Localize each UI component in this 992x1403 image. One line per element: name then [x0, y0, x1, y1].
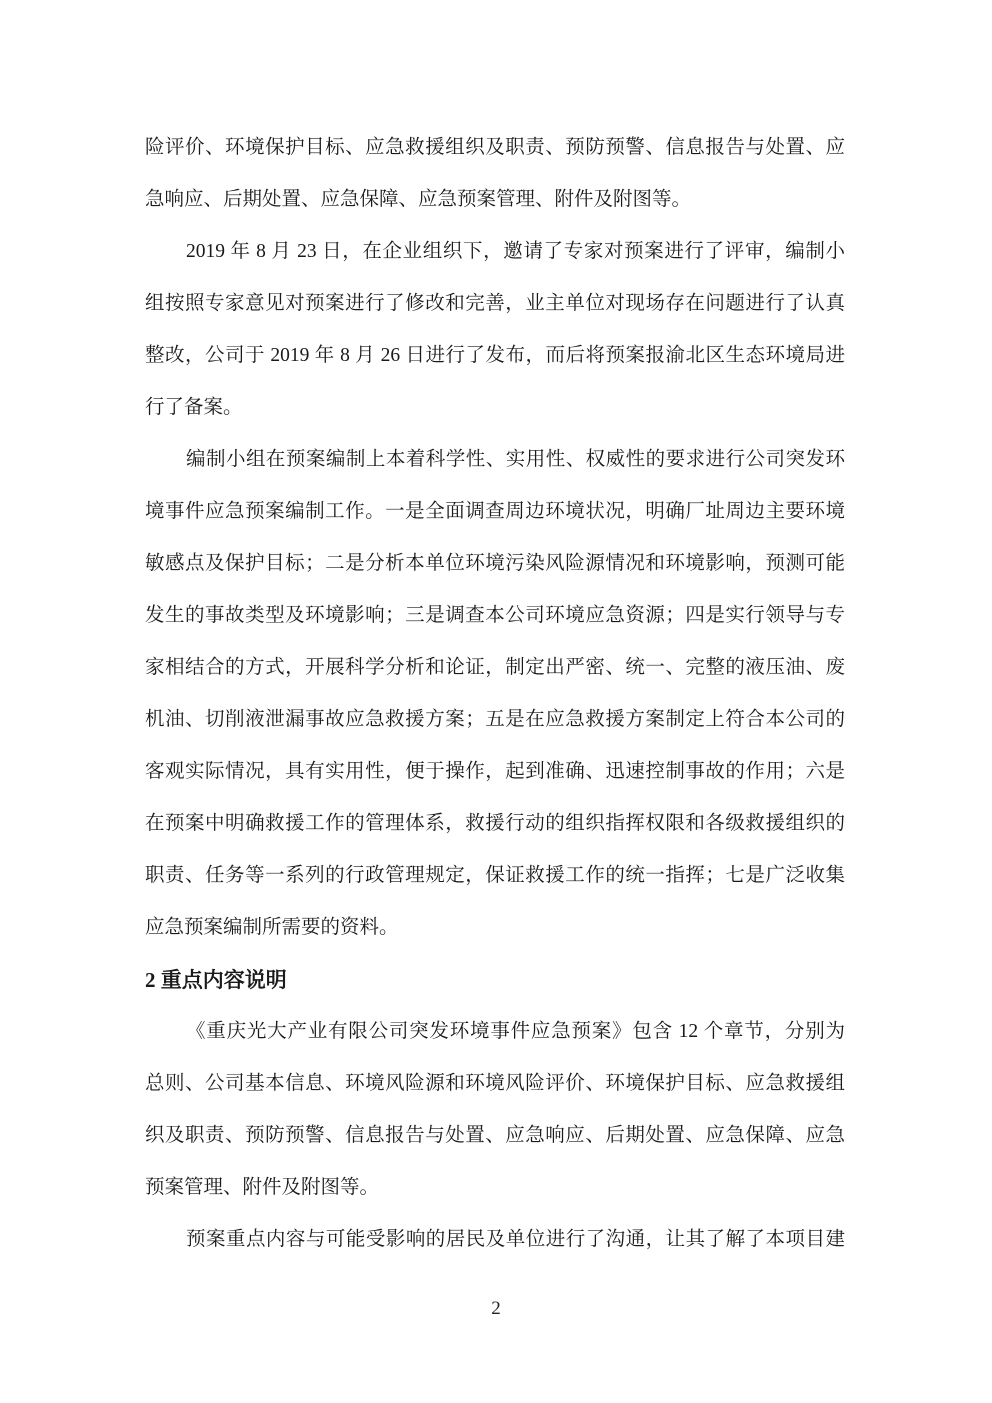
text-line: 编制小组在预案编制上本着科学性、实用性、权威性的要求进行公司突发环 — [145, 434, 845, 486]
text-line: 预案重点内容与可能受影响的居民及单位进行了沟通，让其了解了本项目建 — [145, 1214, 845, 1266]
page-number: 2 — [0, 1283, 992, 1335]
text-line: 组按照专家意见对预案进行了修改和完善，业主单位对现场存在问题进行了认真 — [145, 278, 845, 330]
text-line: 急响应、后期处置、应急保障、应急预案管理、附件及附图等。 — [145, 174, 845, 226]
section-heading: 2 重点内容说明 — [145, 954, 845, 1006]
text-line: 客观实际情况，具有实用性，便于操作，起到准确、迅速控制事故的作用；六是 — [145, 746, 845, 798]
document-body: 险评价、环境保护目标、应急救援组织及职责、预防预警、信息报告与处置、应急响应、后… — [145, 122, 845, 1266]
text-line: 机油、切削液泄漏事故应急救援方案；五是在应急救援方案制定上符合本公司的 — [145, 694, 845, 746]
text-line: 行了备案。 — [145, 382, 845, 434]
text-line: 在预案中明确救援工作的管理体系，救援行动的组织指挥权限和各级救援组织的 — [145, 798, 845, 850]
text-line: 预案管理、附件及附图等。 — [145, 1162, 845, 1214]
text-line: 敏感点及保护目标；二是分析本单位环境污染风险源情况和环境影响，预测可能 — [145, 538, 845, 590]
document-page: 险评价、环境保护目标、应急救援组织及职责、预防预警、信息报告与处置、应急响应、后… — [0, 0, 992, 1403]
text-line: 2019 年 8 月 23 日，在企业组织下，邀请了专家对预案进行了评审，编制小 — [145, 226, 845, 278]
text-line: 《重庆光大产业有限公司突发环境事件应急预案》包含 12 个章节，分别为 — [145, 1006, 845, 1058]
text-line: 织及职责、预防预警、信息报告与处置、应急响应、后期处置、应急保障、应急 — [145, 1110, 845, 1162]
text-line: 职责、任务等一系列的行政管理规定，保证救援工作的统一指挥；七是广泛收集 — [145, 850, 845, 902]
text-line: 整改，公司于 2019 年 8 月 26 日进行了发布，而后将预案报渝北区生态环… — [145, 330, 845, 382]
text-line: 险评价、环境保护目标、应急救援组织及职责、预防预警、信息报告与处置、应 — [145, 122, 845, 174]
text-line: 家相结合的方式，开展科学分析和论证，制定出严密、统一、完整的液压油、废 — [145, 642, 845, 694]
text-line: 境事件应急预案编制工作。一是全面调查周边环境状况，明确厂址周边主要环境 — [145, 486, 845, 538]
text-line: 发生的事故类型及环境影响；三是调查本公司环境应急资源；四是实行领导与专 — [145, 590, 845, 642]
text-line: 应急预案编制所需要的资料。 — [145, 902, 845, 954]
text-line: 总则、公司基本信息、环境风险源和环境风险评价、环境保护目标、应急救援组 — [145, 1058, 845, 1110]
